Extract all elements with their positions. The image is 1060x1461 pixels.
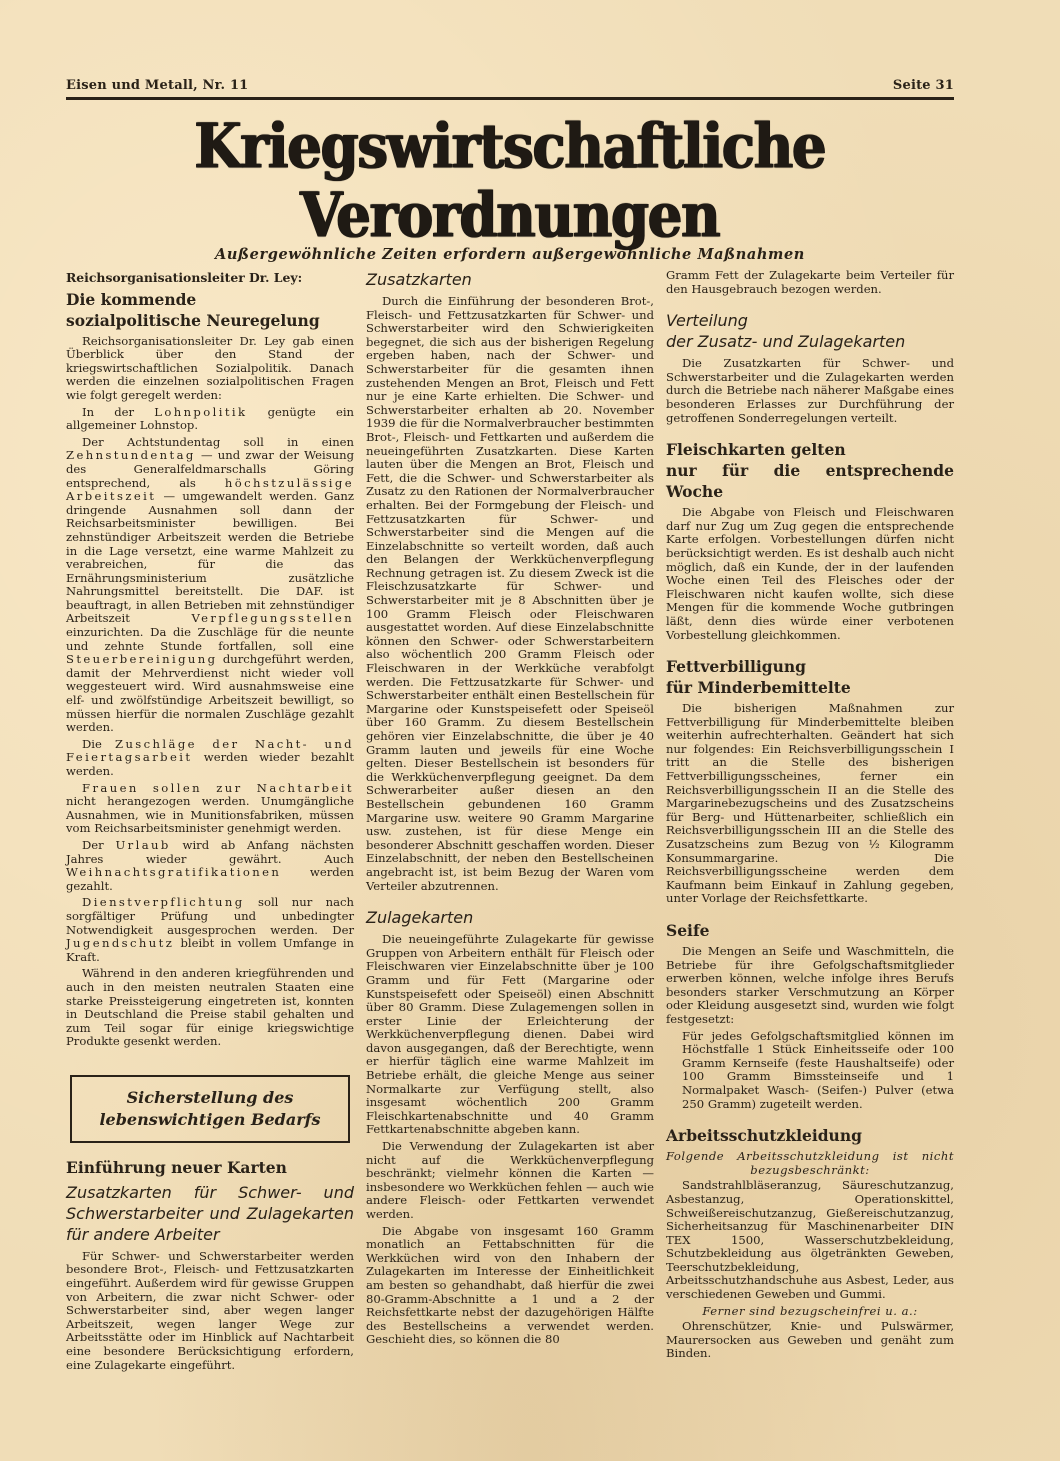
article-columns: Reichsorganisationsleiter Dr. Ley: Die k… [66, 269, 954, 1375]
paragraph: Die Zusatzkarten für Schwer- und Schwers… [666, 357, 954, 425]
paragraph: Der Urlaub wird ab Anfang nächsten Jahre… [66, 839, 354, 893]
paragraph: Die Mengen an Seife und Waschmitteln, di… [666, 945, 954, 1027]
paragraph: Die Abgabe von insgesamt 160 Gramm monat… [366, 1225, 654, 1347]
paragraph: Gramm Fett der Zulagekarte beim Verteile… [666, 269, 954, 296]
publication-name: Eisen und Metall, Nr. 11 [66, 78, 248, 93]
headline-line-2: sozialpolitische Neuregelung [66, 311, 320, 330]
italic-note: Folgende Arbeitsschutzkleidung ist nicht… [666, 1150, 954, 1177]
paragraph: Die neueingeführte Zulagekarte für gewis… [366, 933, 654, 1137]
headline-line-1: Die kommende [66, 290, 196, 309]
section-heading: Verteilungder Zusatz- und Zulagekarten [666, 310, 954, 352]
section-heading: Zulagekarten [366, 907, 654, 928]
running-head: Eisen und Metall, Nr. 11 Seite 31 [66, 78, 954, 100]
paragraph: Frauen sollen zur Nachtarbeit nicht hera… [66, 782, 354, 836]
section-headline: Seife [666, 920, 954, 941]
paragraph: Die Abgabe von Fleisch und Fleischwaren … [666, 506, 954, 642]
paragraph: Dienstverpflichtung soll nur nach sorgfä… [66, 896, 354, 964]
section-headline: Einführung neuer Karten [66, 1157, 354, 1178]
page-title: Kriegswirtschaftliche Verordnungen [66, 111, 954, 249]
column-middle: Zusatzkarten Durch die Einführung der be… [366, 269, 654, 1375]
section-headline: Arbeitsschutzkleidung [666, 1125, 954, 1146]
paragraph: Für jedes Gefolgschaftsmitglied können i… [666, 1030, 954, 1112]
article-kicker: Reichsorganisationsleiter Dr. Ley: [66, 271, 354, 285]
paragraph: Reichsorganisationsleiter Dr. Ley gab ei… [66, 335, 354, 403]
paragraph: Der Achtstundentag soll in einen Zehnstu… [66, 436, 354, 735]
page-number: Seite 31 [893, 78, 954, 93]
column-right: Gramm Fett der Zulagekarte beim Verteile… [666, 269, 954, 1375]
section-headline: Fleischkarten geltennur für die entsprec… [666, 439, 954, 502]
paragraph: Sandstrahlbläseranzug, Säureschutzanzug,… [666, 1179, 954, 1301]
italic-note: Ferner sind bezugscheinfrei u. a.: [666, 1305, 954, 1319]
paragraph: Die bisherigen Maßnahmen zur Fettverbill… [666, 702, 954, 906]
paragraph: Die Zuschläge der Nacht- und Feiertagsar… [66, 738, 354, 779]
section-subheading: Zusatzkarten für Schwer- und Schwerstarb… [66, 1182, 354, 1245]
paragraph: In der Lohnpolitik genügte ein allgemein… [66, 406, 354, 433]
paragraph: Während in den anderen kriegführenden un… [66, 967, 354, 1049]
paragraph: Die Verwendung der Zulagekarten ist aber… [366, 1140, 654, 1222]
paragraph: Für Schwer- und Schwerstarbeiter werden … [66, 1250, 354, 1372]
article-headline: Die kommende sozialpolitische Neuregelun… [66, 289, 354, 331]
section-box-heading: Sicherstellung des lebenswichtigen Bedar… [70, 1075, 350, 1143]
column-left: Reichsorganisationsleiter Dr. Ley: Die k… [66, 269, 354, 1375]
newspaper-page: Eisen und Metall, Nr. 11 Seite 31 Kriegs… [66, 78, 954, 1375]
section-heading: Zusatzkarten [366, 269, 654, 290]
paragraph: Durch die Einführung der besonderen Brot… [366, 295, 654, 893]
paragraph: Ohrenschützer, Knie- und Pulswärmer, Mau… [666, 1320, 954, 1361]
section-headline: Fettverbilligungfür Minderbemittelte [666, 656, 954, 698]
